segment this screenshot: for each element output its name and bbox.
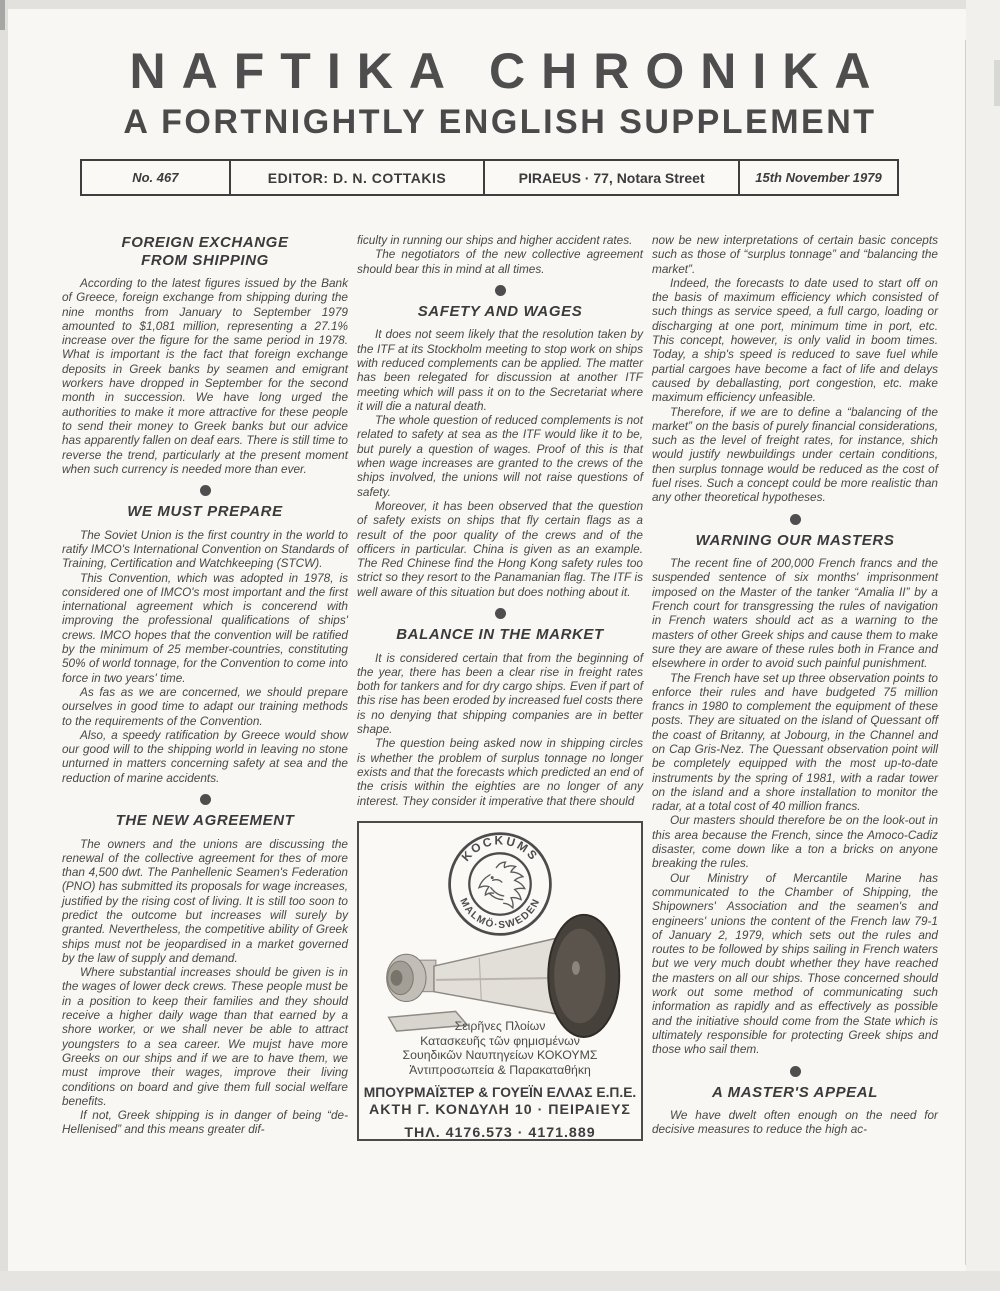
masthead: NAFTIKA CHRONIKA A FORTNIGHTLY ENGLISH S…: [0, 0, 1000, 196]
article-paragraph: If not, Greek shipping is in danger of b…: [62, 1108, 348, 1137]
ad-text: Σειρῆνες Πλοίων Κατασκευῆς τῶν φημισμένω…: [359, 1019, 641, 1141]
column-2: ficulty in running our ships and higher …: [357, 233, 643, 1141]
column-1: FOREIGN EXCHANGE FROM SHIPPING According…: [62, 233, 348, 1141]
section-divider-dot: [495, 608, 506, 619]
article-paragraph: now be new interpretations of certain ba…: [652, 233, 938, 276]
kockums-advertisement: KOCKUMS MALMÖ·SWEDEN: [357, 821, 643, 1141]
article-paragraph: Moreover, it has been observed that the …: [357, 499, 643, 599]
scan-edge-right: [966, 0, 1000, 1291]
article-paragraph: The owners and the unions are discussing…: [62, 837, 348, 966]
ad-company-name: ΜΠΟΥΡΜΑΪΣΤΕΡ & ΓΟΥΕΪΝ ΕΛΛΑΣ Ε.Π.Ε.: [359, 1085, 641, 1100]
newspaper-page: NAFTIKA CHRONIKA A FORTNIGHTLY ENGLISH S…: [0, 0, 1000, 1291]
heading-a-masters-appeal: A MASTER'S APPEAL: [652, 1084, 938, 1102]
heading-foreign-exchange: FOREIGN EXCHANGE FROM SHIPPING: [62, 234, 348, 269]
article-paragraph: As fas as we are concerned, we should pr…: [62, 685, 348, 728]
article-paragraph: This Convention, which was adopted in 19…: [62, 571, 348, 685]
page-title: NAFTIKA CHRONIKA: [0, 42, 1000, 100]
kockums-logo-top-text: KOCKUMS: [459, 833, 542, 863]
article-paragraph: Our Ministry of Mercantile Marine has co…: [652, 871, 938, 1057]
svg-text:KOCKUMS: KOCKUMS: [459, 833, 542, 863]
heading-safety-and-wages: SAFETY AND WAGES: [357, 303, 643, 321]
article-columns: FOREIGN EXCHANGE FROM SHIPPING According…: [0, 196, 1000, 1141]
heading-balance-in-the-market: BALANCE IN THE MARKET: [357, 626, 643, 644]
scan-edge-top: [0, 0, 1000, 9]
section-divider-dot: [790, 1066, 801, 1077]
section-divider-dot: [200, 794, 211, 805]
article-paragraph: The Soviet Union is the first country in…: [62, 528, 348, 571]
issue-number: No. 467: [82, 161, 231, 194]
article-paragraph: It is considered certain that from the b…: [357, 651, 643, 737]
article-paragraph: The French have set up three observation…: [652, 671, 938, 814]
editor-name: EDITOR: D. N. COTTAKIS: [231, 161, 486, 194]
heading-we-must-prepare: WE MUST PREPARE: [62, 503, 348, 521]
scan-artifact: [994, 60, 1000, 106]
ad-phone-numbers: ΤΗΛ. 4176.573 · 4171.889: [359, 1125, 641, 1141]
article-paragraph: Where substantial increases should be gi…: [62, 965, 348, 1108]
article-paragraph: We have dwelt often enough on the need f…: [652, 1108, 938, 1137]
section-divider-dot: [495, 285, 506, 296]
column-3: now be new interpretations of certain ba…: [652, 233, 938, 1141]
scan-artifact: [0, 0, 5, 30]
info-bar: No. 467 EDITOR: D. N. COTTAKIS PIRAEUS ·…: [80, 159, 899, 196]
article-paragraph: Also, a speedy ratification by Greece wo…: [62, 728, 348, 785]
scan-edge-bottom: [0, 1271, 1000, 1291]
article-paragraph: According to the latest figures issued b…: [62, 276, 348, 476]
article-paragraph: The negotiators of the new collective ag…: [357, 247, 643, 276]
heading-the-new-agreement: THE NEW AGREEMENT: [62, 812, 348, 830]
ad-line: Κατασκευῆς τῶν φημισμένων: [359, 1034, 641, 1049]
article-paragraph: ficulty in running our ships and higher …: [357, 233, 643, 247]
scan-edge-left: [0, 0, 8, 1291]
ad-line: Σουηδικῶν Ναυπηγείων ΚΟΚΟΥΜΣ: [359, 1048, 641, 1063]
article-paragraph: The whole question of reduced complement…: [357, 413, 643, 499]
issue-date: 15th November 1979: [740, 161, 897, 194]
article-paragraph: The question being asked now in shipping…: [357, 736, 643, 807]
article-paragraph: It does not seem likely that the resolut…: [357, 327, 643, 413]
article-paragraph: Our masters should therefore be on the l…: [652, 813, 938, 870]
section-divider-dot: [200, 485, 211, 496]
section-divider-dot: [790, 514, 801, 525]
article-paragraph: Therefore, if we are to define a “balanc…: [652, 405, 938, 505]
article-paragraph: The recent fine of 200,000 French francs…: [652, 556, 938, 670]
ad-company-address: ΑΚΤΗ Γ. ΚΟΝΔΥΛΗ 10 · ΠΕΙΡΑΙΕΥΣ: [359, 1102, 641, 1118]
publisher-address: PIRAEUS · 77, Notara Street: [485, 161, 740, 194]
ad-line: Σειρῆνες Πλοίων: [359, 1019, 641, 1034]
page-subtitle: A FORTNIGHTLY ENGLISH SUPPLEMENT: [0, 103, 1000, 142]
paper-edge-line: [965, 40, 966, 1265]
heading-warning-our-masters: WARNING OUR MASTERS: [652, 532, 938, 550]
ad-artwork: KOCKUMS MALMÖ·SWEDEN: [359, 823, 641, 1019]
ad-line: Ἀντιπροσωπεία & Παρακαταθήκη: [359, 1063, 641, 1078]
article-paragraph: Indeed, the forecasts to date used to st…: [652, 276, 938, 405]
